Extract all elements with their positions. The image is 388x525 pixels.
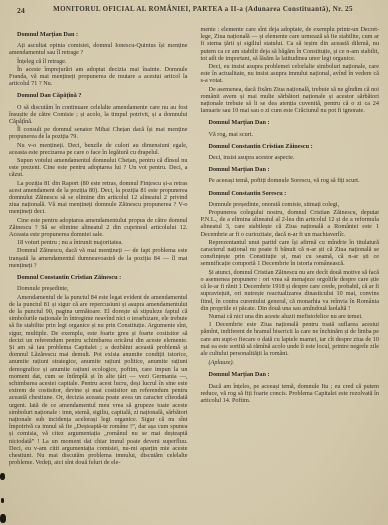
speaker-heading: Domnul Constantin Sorescu : — [201, 190, 380, 197]
paragraph: Înțeleg că îl retrage. — [9, 58, 188, 65]
page-number: 24 — [17, 6, 25, 15]
paragraph: O să discutăm în continuare celelalte am… — [9, 104, 188, 126]
page-header: 24 MONITORUL OFICIAL AL ROMÂNIEI, PARTEA… — [9, 5, 379, 17]
paragraph: Deci, insist asupra acestor aspecte. — [201, 154, 380, 161]
speaker-heading: Domnul Constantin Cristian Zăinescu : — [9, 274, 188, 281]
speaker-heading: Domnul Marțian Dan : — [201, 371, 380, 378]
paragraph: Dacă am înțeles, pe aceeași temă, domnul… — [201, 383, 380, 405]
ink-speck — [0, 473, 5, 480]
paragraph: 18 voturi pentru ; nu a întrunit majorit… — [9, 239, 188, 246]
speaker-heading: Domnul Marțian Dan : — [9, 31, 188, 38]
header-title: MONITORUL OFICIAL AL ROMÂNIEI, PARTEA a … — [9, 5, 379, 13]
paragraph: (Aplauze). — [201, 359, 380, 366]
paragraph: mente : elemente care sînt deja adoptate… — [201, 26, 380, 62]
column-right: mente : elemente care sînt deja adoptate… — [201, 26, 380, 466]
ink-speck — [1, 498, 4, 503]
paragraph: Și atunci, domnul Cristian Zăinescu nu a… — [201, 269, 380, 312]
paragraph: Deci, eu insist asupra problemei celorla… — [201, 63, 380, 85]
paragraph: Amendamentul de la punctul 84 este legat… — [9, 294, 188, 467]
paragraph: 1 Decembrie este Ziua națională pentru t… — [201, 321, 380, 357]
speaker-heading: Domnul Marțian Dan : — [201, 119, 380, 126]
column-left: Domnul Marțian Dan :Ați ascultat opinia … — [9, 26, 188, 466]
speaker-heading: Domnul Marțian Dan : — [201, 166, 380, 173]
paragraph: Numai că nici una din aceste aluzii mefi… — [201, 313, 380, 320]
text-columns: Domnul Marțian Dan :Ați ascultat opinia … — [9, 26, 379, 466]
paragraph: Îl consult pe domnul senator Mihai Cheța… — [9, 126, 188, 140]
paragraph: Cine este pentru adoptarea amendamentulu… — [9, 217, 188, 239]
paragraph: Vă rog, mai scurt. — [201, 131, 380, 138]
ink-speck — [0, 514, 6, 523]
paragraph: Supun votului amendamentul domnului Cheț… — [9, 157, 188, 179]
paragraph: Nu v-o mențineți. Deci, benzile de culor… — [9, 142, 188, 156]
paragraph: Pe aceeași temă, poftiți domnule Sorescu… — [201, 177, 380, 184]
paragraph: La poziția 81 din Raport (80 este retras… — [9, 180, 188, 216]
paragraph: Domnule președinte, onorată comisie, sti… — [201, 201, 380, 208]
speaker-heading: Domnul Dan Căpățînă ? — [9, 92, 188, 99]
paragraph: Domnule președinte, — [9, 285, 188, 292]
paragraph: Propunerea colegului nostru, domnul Cris… — [201, 209, 380, 238]
paragraph: Ați ascultat opinia comisiei, domnul Ion… — [9, 42, 188, 56]
paragraph: Domnul Zăinescu, dacă vă mai mențineți —… — [9, 247, 188, 269]
gazette-page: 24 MONITORUL OFICIAL AL ROMÂNIEI, PARTEA… — [0, 0, 388, 525]
paragraph: Reprezentantul unui partid care își afir… — [201, 239, 380, 268]
paragraph: De asemenea, dacă fixăm Ziua națională, … — [201, 86, 380, 115]
speaker-heading: Domnul Constantin Cristian Zăinescu : — [201, 143, 380, 150]
paragraph: În aceste împrejurări am adoptat decizia… — [9, 66, 188, 88]
